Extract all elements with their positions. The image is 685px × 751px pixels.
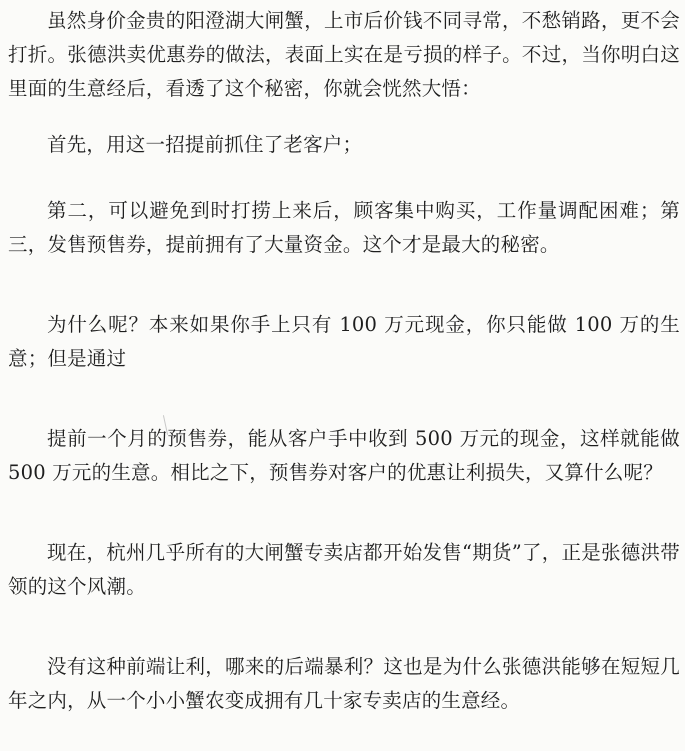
paragraph-second-third-point: 第二，可以避免到时打捞上来后，顾客集中购买，工作量调配困难；第三，发售预售券，提… — [8, 194, 680, 262]
paragraph-conclusion: 没有这种前端让利，哪来的后端暴利？这也是为什么张德洪能够在短短几年之内，从一个小… — [8, 650, 680, 718]
paragraph-first-point: 首先，用这一招提前抓住了老客户； — [8, 128, 680, 162]
paragraph-intro: 虽然身价金贵的阳澄湖大闸蟹，上市后价钱不同寻常，不愁销路，更不会打折。张德洪卖优… — [8, 4, 680, 106]
paragraph-presale-explanation: 提前一个月的预售券，能从客户手中收到 500 万元的现金，这样就能做 500 万… — [8, 422, 680, 490]
paragraph-why-question: 为什么呢？本来如果你手上只有 100 万元现金，你只能做 100 万的生意；但是… — [8, 308, 680, 376]
paragraph-hangzhou-trend: 现在，杭州几乎所有的大闸蟹专卖店都开始发售“期货”了，正是张德洪带领的这个风潮。 — [8, 536, 680, 604]
